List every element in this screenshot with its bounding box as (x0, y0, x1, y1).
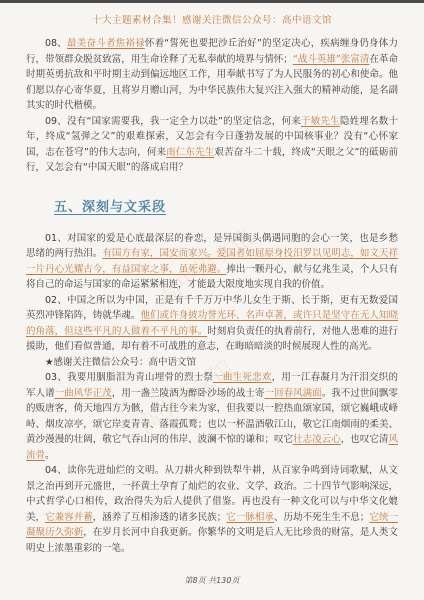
paragraph-09: 09、没有“国家需要我，我一定全力以赴”的坚定信念，何来于敏先生隐姓埋名数十年，… (26, 114, 398, 176)
text-run: 03、我要用胭脂泪为青山埋骨的烈士祭 (45, 372, 213, 383)
header-note: 十大主题素材合集！感谢关注微信公众号：高中语文馆 (26, 12, 398, 26)
highlight-run: 最美奋斗者焦裕禄 (67, 38, 145, 49)
text-run: ，涵养了互相渗透的诸多民族； (93, 512, 226, 523)
highlight-run: 南仁东先生 (166, 147, 214, 158)
paragraph-01: 01、对国家的爱是心底最深层的眷恋，是异国街头偶遇同胞的会心一笑，也是乡愁思绪的… (26, 231, 398, 293)
highlight-run: 一曲风华正茂 (55, 388, 112, 399)
text-run: 09、没有“国家需要我，我一定全力以赴”的坚定信念，何来 (45, 116, 301, 127)
highlight-run: 壮志凌云心 (293, 434, 341, 445)
paragraph-08: 08、最美奋斗者焦裕禄怀着“誓死也要把沙丘治好”的坚定决心，疾病缠身仍身体力行，… (26, 36, 398, 114)
text-run: ，也叹它清 (341, 434, 389, 445)
highlight-run: 于敏先生 (301, 116, 340, 127)
highlight-run: 一曲生死悲欢 (213, 372, 271, 383)
text-run: 。 (45, 450, 55, 461)
text-run: 08、 (45, 38, 67, 49)
paragraph-04: 04、读你先进灿烂的文明。从刀耕火种到铁犁牛耕，从百家争鸣到诗词歌赋，从文景之治… (26, 463, 398, 556)
paragraph-02: 02、中国之所以为中国，正是有千千万万中华儿女生于斯、长于斯，更有无数爱国英烈冲… (26, 293, 398, 355)
highlight-run: 它兼容并蓄 (45, 512, 93, 523)
highlight-run: “战斗英雄”张富清 (293, 54, 370, 65)
document-page: 高中语文馆 高中语文馆 十大主题素材合集！感谢关注微信公众号：高中语文馆 08、… (0, 0, 424, 600)
highlight-run: 它一脉相承 (226, 512, 274, 523)
text-run: ，用一盏兰陵酒为醉卧沙场的战士寄 (112, 388, 265, 399)
paragraph-03: 03、我要用胭脂泪为青山埋骨的烈士祭一曲生死悲欢，用一江春凝月为汗泪交织的军人谱… (26, 370, 398, 463)
page-footer: 第8页 共130页 (0, 575, 424, 586)
highlight-run: 一回春风满面 (264, 388, 321, 399)
star-note: ★感谢关注微信公众号：高中语文馆 (26, 355, 398, 371)
text-run: 、历劫不死生生不息； (274, 512, 369, 523)
document-content: 十大主题素材合集！感谢关注微信公众号：高中语文馆 08、最美奋斗者焦裕禄怀着“誓… (0, 0, 424, 556)
section-title: 五、深刻与文采段 (54, 196, 398, 215)
